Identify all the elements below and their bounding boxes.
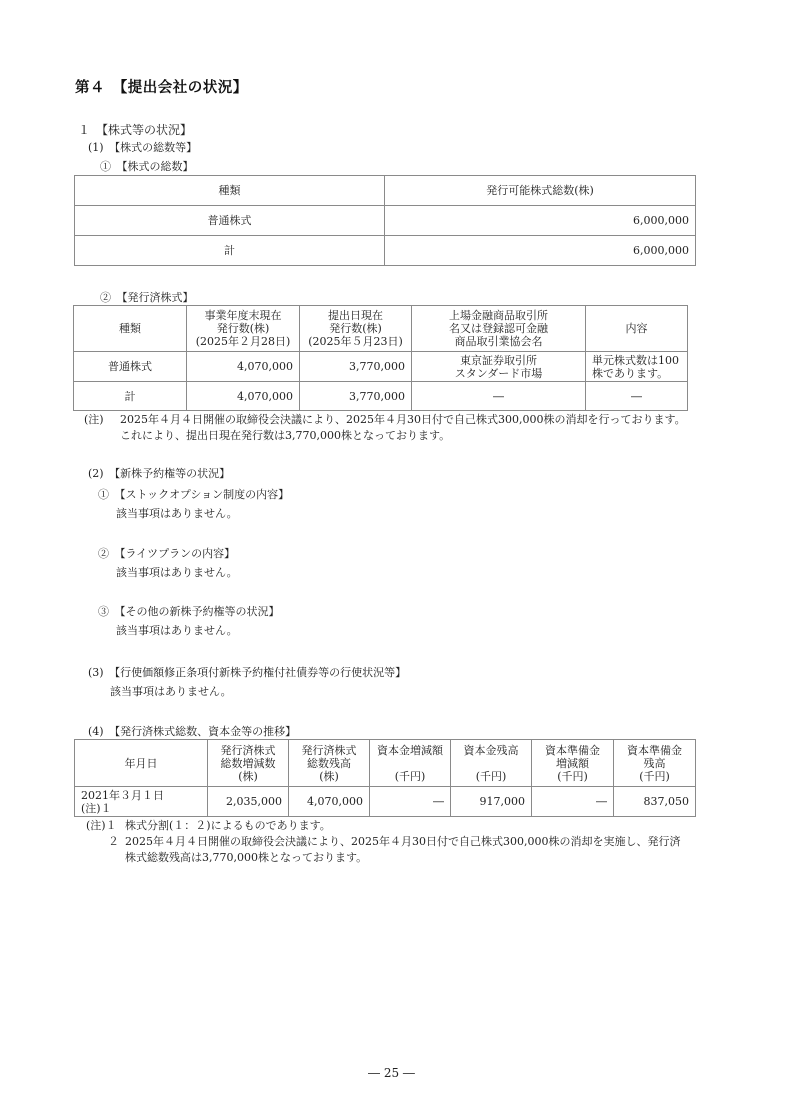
cell-content: 単元株式数は100 株であります。 [586,352,688,382]
header-cell: 資本金増減額 (千円) [370,740,451,787]
cell-type: 計 [75,236,385,266]
capital-history-table: 年月日 発行済株式 総数増減数 (株) 発行済株式 総数残高 (株) 資本金増減… [74,739,696,817]
table-row: 普通株式 4,070,000 3,770,000 東京証券取引所 スタンダード市… [74,352,688,382]
item-body: 該当事項はありません。 [110,683,232,699]
note-text: 株式分割(１：２)によるものであります。 [125,818,331,833]
cell-authorized-shares: 6,000,000 [385,206,696,236]
header-cell: 種類 [75,176,385,206]
issued-shares-table: 種類 事業年度末現在 発行数(株) (2025年２月28日) 提出日現在 発行数… [73,305,688,411]
cell-capital-balance: 917,000 [451,787,532,817]
cell-type: 計 [74,382,187,411]
subsection-title-2: (2) 【新株予約権等の状況】 [88,465,230,481]
cell-type: 普通株式 [74,352,187,382]
header-cell: 発行済株式 総数残高 (株) [289,740,370,787]
subsection-title-3: (3) 【行使価額修正条項付新株予約権付社債券等の行使状況等】 [88,664,406,680]
item-body: 該当事項はありません。 [116,622,238,638]
cell-fy-end-issued: 4,070,000 [187,352,300,382]
note-label: (注) [84,412,104,427]
shares-total-table: 種類 発行可能株式総数(株) 普通株式 6,000,000 計 6,000,00… [74,175,696,266]
table-header-row: 種類 事業年度末現在 発行数(株) (2025年２月28日) 提出日現在 発行数… [74,306,688,352]
cell-shares-change: 2,035,000 [208,787,289,817]
cell-reserve-change: ― [532,787,614,817]
page-number: ― 25 ― [368,1066,415,1080]
note-line: これにより、提出日現在発行数は3,770,000株となっております。 [120,428,450,443]
header-cell: 資本金残高 (千円) [451,740,532,787]
table-row: 2021年３月１日 (注)１ 2,035,000 4,070,000 ― 917… [75,787,696,817]
cell-reserve-balance: 837,050 [614,787,696,817]
chapter-title: 第４ 【提出会社の状況】 [75,76,248,97]
table-header-row: 種類 発行可能株式総数(株) [75,176,696,206]
item-title-issued-shares: ② 【発行済株式】 [100,289,194,305]
note-line: 2025年４月４日開催の取締役会決議により、2025年４月30日付で自己株式30… [120,412,686,427]
cell-date: 2021年３月１日 (注)１ [75,787,208,817]
header-cell: 発行可能株式総数(株) [385,176,696,206]
cell-type: 普通株式 [75,206,385,236]
subsection-title-1: (1) 【株式の総数等】 [88,139,197,155]
header-cell: 提出日現在 発行数(株) (2025年５月23日) [300,306,412,352]
item-body: 該当事項はありません。 [116,505,238,521]
note-text: 株式総数残高は3,770,000株となっております。 [125,850,367,865]
cell-fy-end-issued: 4,070,000 [187,382,300,411]
cell-exchange: 東京証券取引所 スタンダード市場 [412,352,586,382]
cell-authorized-shares: 6,000,000 [385,236,696,266]
subsection-title-4: (4) 【発行済株式総数、資本金等の推移】 [88,723,296,739]
note-label: ２ [108,834,119,849]
table-row: 普通株式 6,000,000 [75,206,696,236]
table-row-total: 計 6,000,000 [75,236,696,266]
header-cell: 資本準備金 残高 (千円) [614,740,696,787]
cell-filing-date-issued: 3,770,000 [300,382,412,411]
header-cell: 資本準備金 増減額 (千円) [532,740,614,787]
note-label: (注)１ [86,818,117,833]
table-header-row: 年月日 発行済株式 総数増減数 (株) 発行済株式 総数残高 (株) 資本金増減… [75,740,696,787]
item-title-other-rights: ③ 【その他の新株予約権等の状況】 [98,603,280,619]
cell-shares-balance: 4,070,000 [289,787,370,817]
item-title-stock-options: ① 【ストックオプション制度の内容】 [98,486,289,502]
header-cell: 事業年度末現在 発行数(株) (2025年２月28日) [187,306,300,352]
cell-content: ― [586,382,688,411]
cell-exchange: ― [412,382,586,411]
item-title-shares-total: ① 【株式の総数】 [100,158,194,174]
cell-filing-date-issued: 3,770,000 [300,352,412,382]
cell-capital-change: ― [370,787,451,817]
header-cell: 内容 [586,306,688,352]
header-cell: 上場金融商品取引所 名又は登録認可金融 商品取引業協会名 [412,306,586,352]
header-cell: 種類 [74,306,187,352]
section-title: １ 【株式等の状況】 [78,121,192,138]
table-row-total: 計 4,070,000 3,770,000 ― ― [74,382,688,411]
item-body: 該当事項はありません。 [116,564,238,580]
header-cell: 発行済株式 総数増減数 (株) [208,740,289,787]
item-title-rights-plan: ② 【ライツプランの内容】 [98,545,235,561]
header-cell: 年月日 [75,740,208,787]
note-text: 2025年４月４日開催の取締役会決議により、2025年４月30日付で自己株式30… [125,834,680,849]
